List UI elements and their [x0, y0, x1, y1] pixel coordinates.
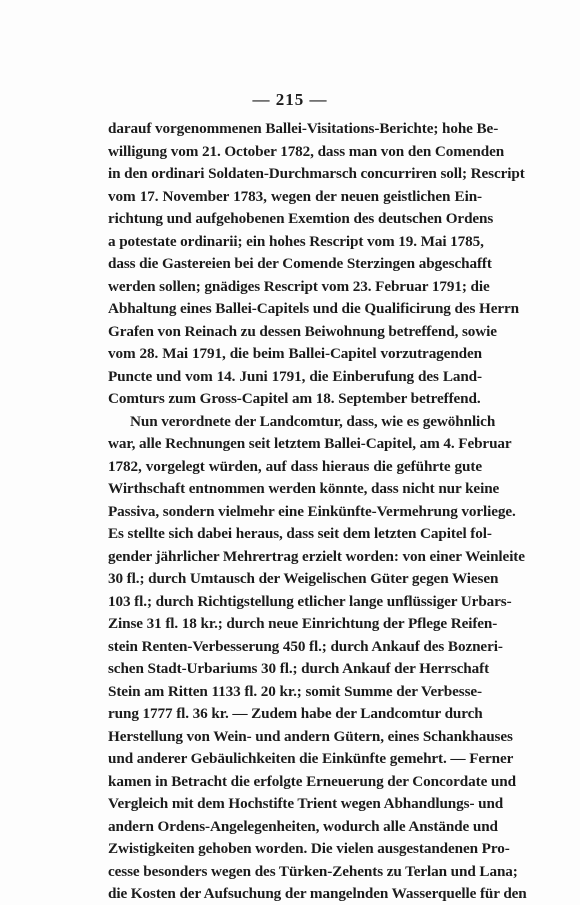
- text-line: Stein am Ritten 1133 fl. 20 kr.; somit S…: [108, 681, 482, 704]
- text-line: richtung und aufgehobenen Exemtion des d…: [108, 208, 482, 231]
- text-line: rung 1777 fl. 36 kr. — Zudem habe der La…: [108, 703, 482, 726]
- text-line: vom 17. November 1783, wegen der neuen g…: [108, 186, 482, 209]
- body-text: darauf vorgenommenen Ballei-Visitations-…: [108, 118, 482, 905]
- paragraph-2: Nun verordnete der Landcomtur, dass, wie…: [108, 411, 482, 905]
- book-page: — 215 — darauf vorgenommenen Ballei-Visi…: [0, 0, 580, 905]
- text-line: werden sollen; gnädiges Rescript vom 23.…: [108, 276, 482, 299]
- text-line: Zwistigkeiten gehoben worden. Die vielen…: [108, 838, 482, 861]
- text-line: andern Ordens-Angelegenheiten, wodurch a…: [108, 816, 482, 839]
- text-line: 30 fl.; durch Umtausch der Weigelischen …: [108, 568, 482, 591]
- text-line: 103 fl.; durch Richtigstellung etlicher …: [108, 591, 482, 614]
- text-line: Abhaltung eines Ballei-Capitels und die …: [108, 298, 482, 321]
- text-line: dass die Gastereien bei der Comende Ster…: [108, 253, 482, 276]
- text-line: willigung vom 21. October 1782, dass man…: [108, 141, 482, 164]
- text-line: Herstellung von Wein- und andern Gütern,…: [108, 726, 482, 749]
- text-line: 1782, vorgelegt würden, auf dass hieraus…: [108, 456, 482, 479]
- text-line: Comturs zum Gross-Capitel am 18. Septemb…: [108, 388, 482, 411]
- text-line: Zinse 31 fl. 18 kr.; durch neue Einricht…: [108, 613, 482, 636]
- text-line: in den ordinari Soldaten-Durchmarsch con…: [108, 163, 482, 186]
- text-line: vom 28. Mai 1791, die beim Ballei-Capite…: [108, 343, 482, 366]
- text-line: gender jährlicher Mehrertrag erzielt wor…: [108, 546, 482, 569]
- text-line: Grafen von Reinach zu dessen Beiwohnung …: [108, 321, 482, 344]
- text-line: Wirthschaft entnommen werden könnte, das…: [108, 478, 482, 501]
- page-number: — 215 —: [0, 90, 580, 110]
- text-line: stein Renten-Verbesserung 450 fl.; durch…: [108, 636, 482, 659]
- text-line: Nun verordnete der Landcomtur, dass, wie…: [108, 411, 482, 434]
- text-line: Puncte und vom 14. Juni 1791, die Einber…: [108, 366, 482, 389]
- text-line: darauf vorgenommenen Ballei-Visitations-…: [108, 118, 482, 141]
- text-line: a potestate ordinarii; ein hohes Rescrip…: [108, 231, 482, 254]
- text-line: Es stellte sich dabei heraus, dass seit …: [108, 523, 482, 546]
- text-line: cesse besonders wegen des Türken-Zehents…: [108, 861, 482, 884]
- text-line: die Kosten der Aufsuchung der mangelnden…: [108, 883, 482, 905]
- text-line: Vergleich mit dem Hochstifte Trient wege…: [108, 793, 482, 816]
- text-line: kamen in Betracht die erfolgte Erneuerun…: [108, 771, 482, 794]
- text-line: war, alle Rechnungen seit letztem Ballei…: [108, 433, 482, 456]
- text-line: Passiva, sondern vielmehr eine Einkünfte…: [108, 501, 482, 524]
- paragraph-1: darauf vorgenommenen Ballei-Visitations-…: [108, 118, 482, 411]
- text-line: schen Stadt-Urbariums 30 fl.; durch Anka…: [108, 658, 482, 681]
- text-line: und anderer Gebäulichkeiten die Einkünft…: [108, 748, 482, 771]
